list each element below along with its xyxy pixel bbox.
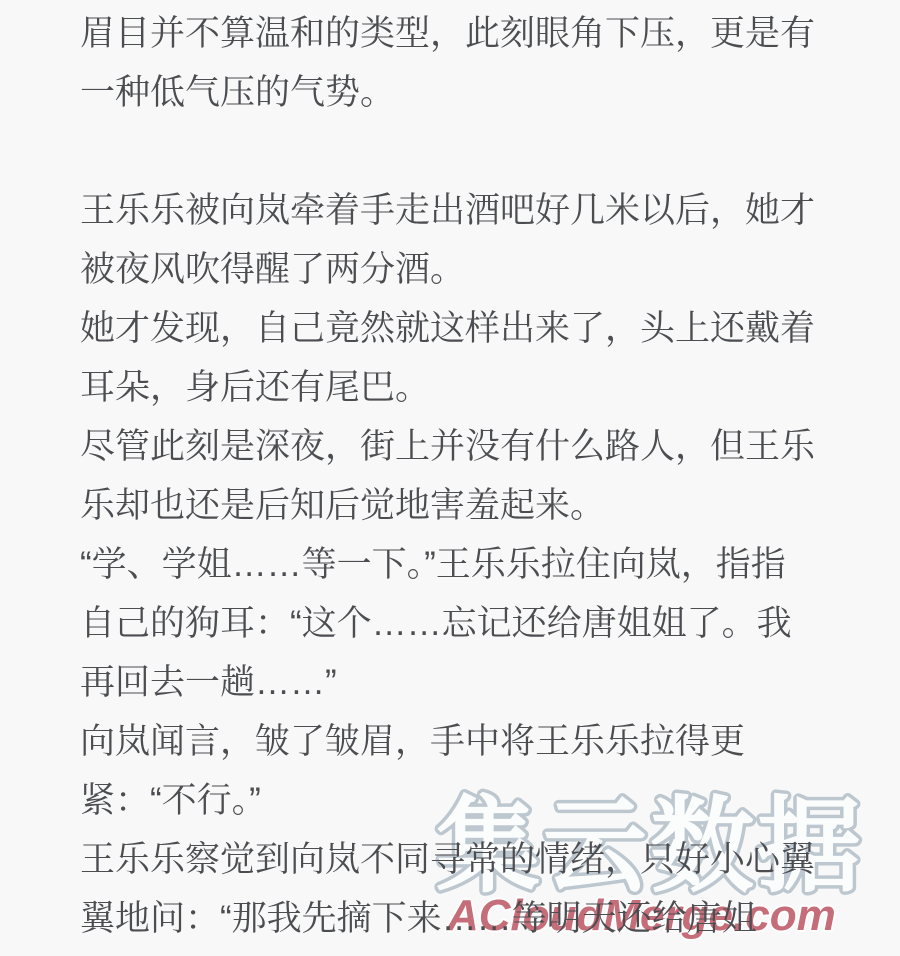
- text-line: 耳朵，身后还有尾巴。: [80, 358, 870, 417]
- paragraph-gap: [80, 122, 870, 181]
- novel-text: 眉目并不算温和的类型，此刻眼角下压，更是有 一种低气压的气势。 王乐乐被向岚牵着…: [80, 4, 870, 948]
- text-line: 一种低气压的气势。: [80, 63, 870, 122]
- text-line: “学、学姐……等一下。”王乐乐拉住向岚，指指: [80, 535, 870, 594]
- text-line: 尽管此刻是深夜，街上并没有什么路人，但王乐: [80, 417, 870, 476]
- text-line: 王乐乐察觉到向岚不同寻常的情绪，只好小心翼: [80, 830, 870, 889]
- text-line: 乐却也还是后知后觉地害羞起来。: [80, 476, 870, 535]
- reader-page[interactable]: 集云数据 ACloudMerge.com 眉目并不算温和的类型，此刻眼角下压，更…: [0, 0, 900, 956]
- text-line: 她才发现，自己竟然就这样出来了，头上还戴着: [80, 299, 870, 358]
- text-line: 向岚闻言，皱了皱眉，手中将王乐乐拉得更: [80, 712, 870, 771]
- text-line: 被夜风吹得醒了两分酒。: [80, 240, 870, 299]
- text-line: 翼地问：“那我先摘下来……等明天还给唐姐: [80, 889, 870, 948]
- text-line: 紧：“不行。”: [80, 771, 870, 830]
- text-line: 眉目并不算温和的类型，此刻眼角下压，更是有: [80, 4, 870, 63]
- text-line: 王乐乐被向岚牵着手走出酒吧好几米以后，她才: [80, 181, 870, 240]
- text-line: 自己的狗耳：“这个……忘记还给唐姐姐了。我: [80, 594, 870, 653]
- text-line: 再回去一趟……”: [80, 653, 870, 712]
